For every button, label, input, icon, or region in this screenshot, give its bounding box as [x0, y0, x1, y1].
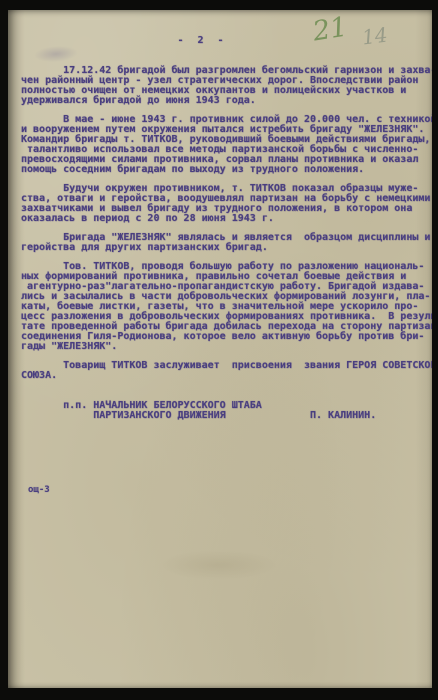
archive-code: ощ-3	[28, 485, 50, 495]
document-page: - 2 - 17.12.42 бригадой был разгромлен б…	[8, 10, 432, 688]
handwritten-secondary-mark: 14	[361, 23, 389, 50]
paragraph-3: Будучи окружен противником, т. ТИТКОВ по…	[21, 184, 428, 224]
paragraph-4: Бригада "ЖЕЛЕЗНЯК" являлась и является о…	[21, 233, 428, 253]
ink-stain	[33, 44, 78, 63]
paragraph-conclusion: Товарищ ТИТКОВ заслуживает присвоения зв…	[21, 361, 428, 381]
paragraph-5: Тов. ТИТКОВ, проводя большую работу по р…	[21, 262, 428, 352]
paragraph-2: В мае - июне 1943 г. противник силой до …	[21, 115, 428, 175]
handwritten-page-mark: 21	[311, 12, 350, 48]
signature-block: п.п. НАЧАЛЬНИК БЕЛОРУССКОГО ШТАБА ПАРТИЗ…	[21, 401, 428, 421]
paper-smudge	[158, 550, 278, 580]
scanned-archive-photo: { "page": { "page_number": "- 2 -", "han…	[0, 0, 438, 700]
paragraph-1: 17.12.42 бригадой был разгромлен бегомль…	[21, 66, 428, 106]
